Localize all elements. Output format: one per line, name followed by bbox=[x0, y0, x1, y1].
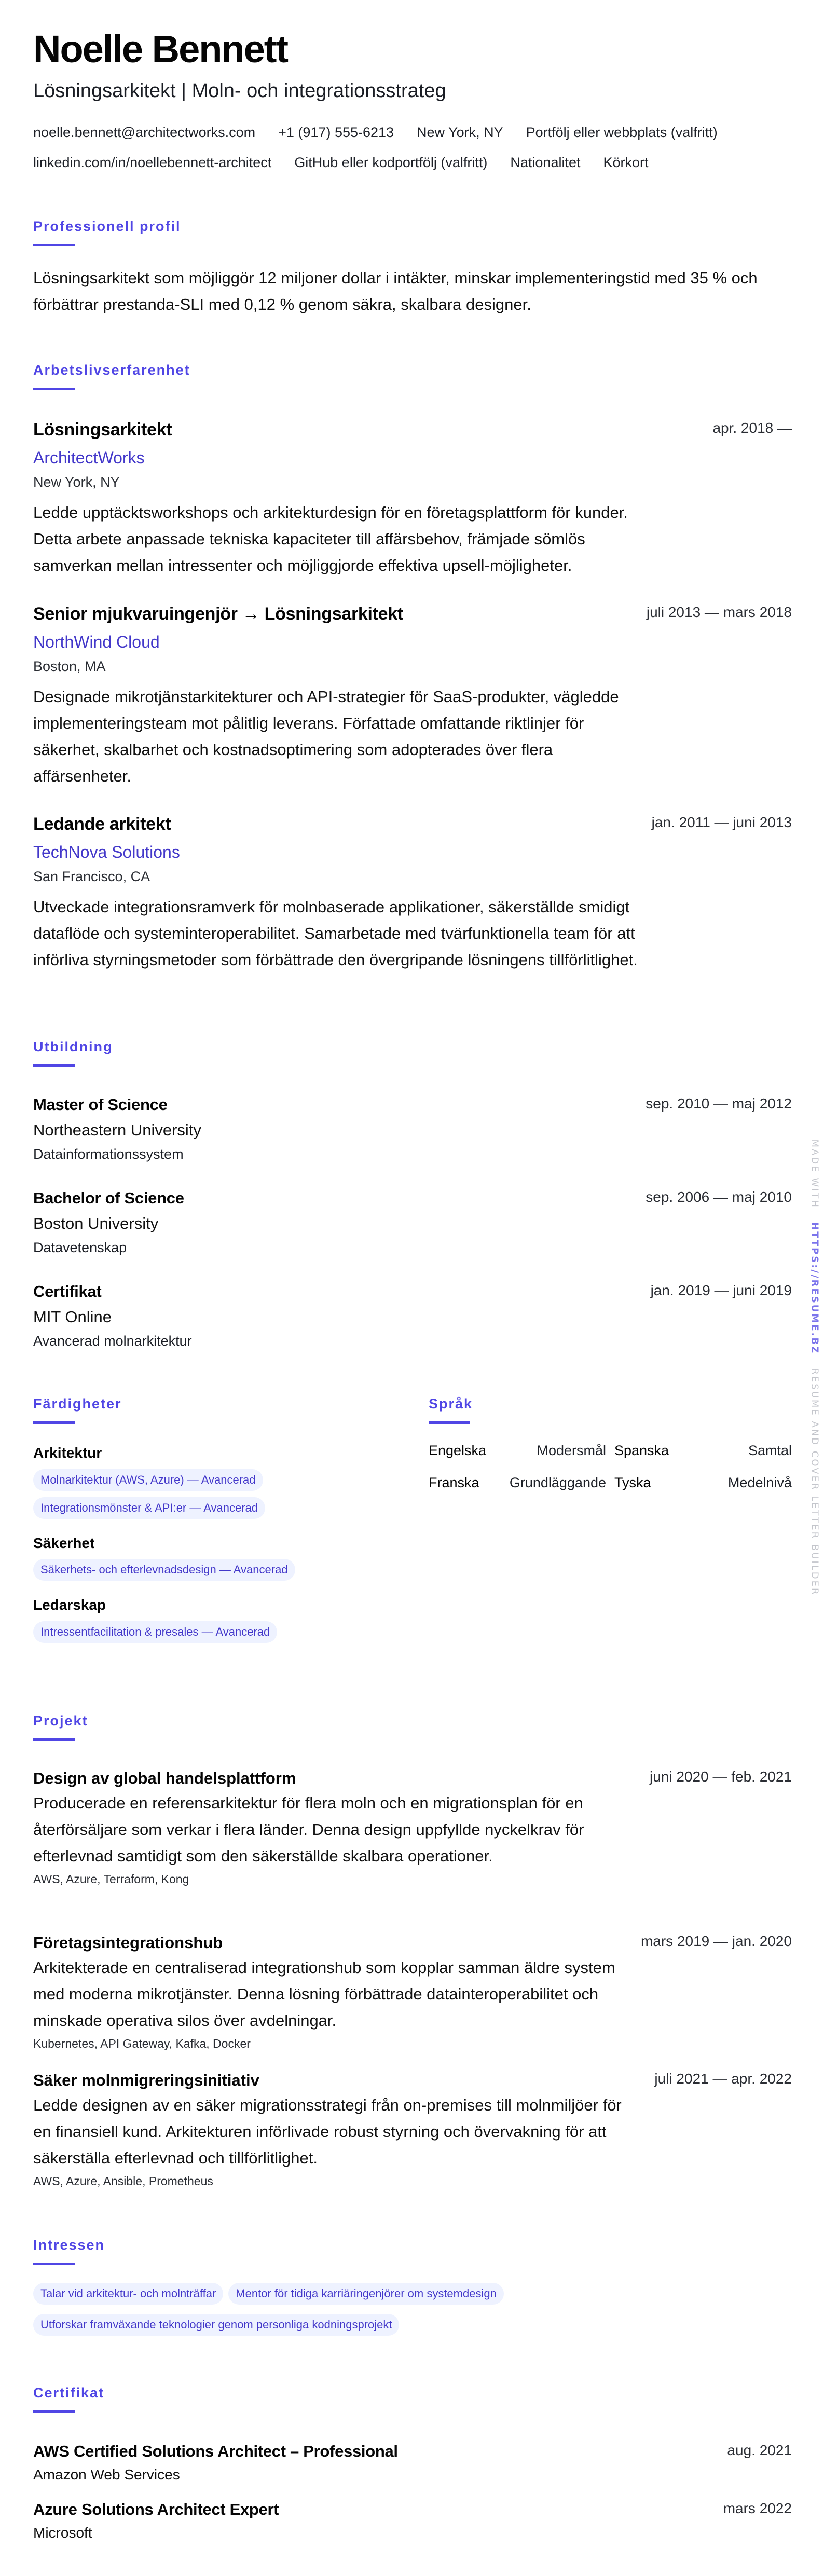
field-of-study: Datavetenskap bbox=[33, 1239, 792, 1256]
certificate-date: aug. 2021 bbox=[727, 2442, 792, 2459]
section-divider bbox=[33, 244, 75, 246]
education-date: sep. 2006 — maj 2010 bbox=[646, 1188, 792, 1206]
project-tech-stack: AWS, Azure, Ansible, Prometheus bbox=[33, 2174, 792, 2188]
education-entry: Bachelor of Science sep. 2006 — maj 2010… bbox=[33, 1188, 792, 1256]
education-date: sep. 2010 — maj 2012 bbox=[646, 1095, 792, 1113]
institution: Boston University bbox=[33, 1214, 792, 1233]
field-of-study: Avancerad molnarkitektur bbox=[33, 1333, 792, 1349]
contact-portfolio[interactable]: Portfölj eller webbplats (valfritt) bbox=[526, 125, 718, 141]
job-description: Utveckade integrationsramverk för molnba… bbox=[33, 894, 640, 973]
language-item: Engelska Modersmål bbox=[429, 1440, 606, 1461]
language-name: Spanska bbox=[614, 1440, 669, 1461]
contact-email[interactable]: noelle.bennett@architectworks.com bbox=[33, 125, 255, 141]
skills-list: Arkitektur Molnarkitektur (AWS, Azure) —… bbox=[33, 1444, 417, 1643]
skill-chip: Intressentfacilitation & presales — Avan… bbox=[33, 1621, 277, 1643]
interest-chip: Talar vid arkitektur- och molnträffar bbox=[33, 2283, 223, 2305]
skill-chip: Säkerhets- och efterlevnadsdesign — Avan… bbox=[33, 1559, 295, 1581]
section-title-projects: Projekt bbox=[33, 1714, 88, 1728]
education-entry: Certifikat jan. 2019 — juni 2019 MIT Onl… bbox=[33, 1282, 792, 1350]
contact-nationality: Nationalitet bbox=[510, 155, 580, 171]
skill-chip: Molnarkitektur (AWS, Azure) — Avancerad bbox=[33, 1469, 263, 1491]
resume-bz-link[interactable]: https://resume.bz bbox=[809, 1222, 820, 1354]
language-item: Spanska Samtal bbox=[614, 1440, 792, 1461]
contact-row: linkedin.com/in/noellebennett-architect … bbox=[33, 155, 792, 171]
education-date: jan. 2019 — juni 2019 bbox=[651, 1282, 792, 1299]
job-date: juli 2013 — mars 2018 bbox=[647, 604, 792, 621]
language-name: Engelska bbox=[429, 1440, 486, 1461]
certificate-name: Azure Solutions Architect Expert bbox=[33, 2500, 792, 2519]
job-description: Ledde upptäcktsworkshops och arkitekturd… bbox=[33, 499, 640, 579]
certificate-issuer: Amazon Web Services bbox=[33, 2466, 792, 2484]
skill-group-name: Säkerhet bbox=[33, 1534, 417, 1552]
certificate-date: mars 2022 bbox=[723, 2500, 792, 2517]
language-level: Medelnivå bbox=[728, 1472, 792, 1493]
project-entry: Företagsintegrationshub mars 2019 — jan.… bbox=[33, 1933, 792, 2051]
contact-location: New York, NY bbox=[417, 125, 503, 141]
certificate-entry: Azure Solutions Architect Expert mars 20… bbox=[33, 2500, 792, 2542]
profile-summary: Lösningsarkitekt som möjliggör 12 miljon… bbox=[33, 265, 792, 318]
language-item: Franska Grundläggande bbox=[429, 1472, 606, 1493]
job-date: apr. 2018 — bbox=[712, 419, 792, 437]
section-divider bbox=[33, 1421, 75, 1424]
interest-chip: Utforskar framväxande teknologier genom … bbox=[33, 2314, 399, 2336]
section-title-profile: Professionell profil bbox=[33, 220, 181, 234]
section-title-education: Utbildning bbox=[33, 1040, 113, 1054]
interests-list: Talar vid arkitektur- och molnträffarMen… bbox=[33, 2276, 656, 2336]
skill-group-name: Arkitektur bbox=[33, 1444, 417, 1462]
experience-entry: Senior mjukvaruingenjör → Lösningsarkite… bbox=[33, 604, 792, 789]
section-divider bbox=[33, 2263, 75, 2265]
field-of-study: Datainformationssystem bbox=[33, 1146, 792, 1162]
contact-linkedin[interactable]: linkedin.com/in/noellebennett-architect bbox=[33, 155, 271, 171]
contact-drivers-license: Körkort bbox=[603, 155, 648, 171]
section-divider bbox=[429, 1421, 470, 1424]
institution: Northeastern University bbox=[33, 1120, 792, 1140]
certificate-name: AWS Certified Solutions Architect – Prof… bbox=[33, 2442, 792, 2461]
contact-row: noelle.bennett@architectworks.com +1 (91… bbox=[33, 125, 792, 141]
section-divider bbox=[33, 388, 75, 390]
job-company: TechNova Solutions bbox=[33, 842, 792, 862]
section-title-interests: Intressen bbox=[33, 2238, 105, 2252]
language-item: Tyska Medelnivå bbox=[614, 1472, 792, 1493]
project-date: juni 2020 — feb. 2021 bbox=[650, 1769, 792, 1785]
language-level: Modersmål bbox=[537, 1440, 606, 1461]
section-title-certificates: Certifikat bbox=[33, 2386, 104, 2400]
project-description: Arkitekterade en centraliserad integrati… bbox=[33, 1954, 640, 2034]
education-entry: Master of Science sep. 2010 — maj 2012 N… bbox=[33, 1095, 792, 1163]
experience-entry: Ledande arkitekt jan. 2011 — juni 2013 T… bbox=[33, 814, 792, 973]
section-divider bbox=[33, 2410, 75, 2413]
job-company: NorthWind Cloud bbox=[33, 632, 792, 652]
language-level: Samtal bbox=[748, 1440, 792, 1461]
section-divider bbox=[33, 1064, 75, 1067]
certificate-issuer: Microsoft bbox=[33, 2524, 792, 2542]
language-level: Grundläggande bbox=[510, 1472, 606, 1493]
experience-entry: Lösningsarkitekt apr. 2018 — ArchitectWo… bbox=[33, 419, 792, 579]
section-title-experience: Arbetslivserfarenhet bbox=[33, 363, 190, 377]
candidate-name: Noelle Bennett bbox=[33, 30, 287, 68]
project-tech-stack: Kubernetes, API Gateway, Kafka, Docker bbox=[33, 2037, 792, 2051]
job-location: San Francisco, CA bbox=[33, 868, 792, 885]
skill-group-name: Ledarskap bbox=[33, 1596, 417, 1614]
made-with-banner: Made with https://resume.bz Resume and c… bbox=[807, 1155, 822, 1580]
language-name: Franska bbox=[429, 1472, 479, 1493]
contact-github[interactable]: GitHub eller kodportfölj (valfritt) bbox=[294, 155, 487, 171]
job-location: New York, NY bbox=[33, 474, 792, 490]
job-title: Lösningsarkitekt bbox=[33, 419, 792, 441]
banner-suffix: Resume and cover letter builder bbox=[809, 1368, 820, 1596]
project-entry: Design av global handelsplattform juni 2… bbox=[33, 1769, 792, 1886]
project-description: Producerade en referensarkitektur för fl… bbox=[33, 1790, 640, 1869]
project-tech-stack: AWS, Azure, Terraform, Kong bbox=[33, 1872, 792, 1886]
skill-chip: Integrationsmönster & API:er — Avancerad bbox=[33, 1497, 265, 1519]
section-divider bbox=[33, 1738, 75, 1741]
job-date: jan. 2011 — juni 2013 bbox=[652, 814, 792, 831]
contact-phone[interactable]: +1 (917) 555-6213 bbox=[278, 125, 394, 141]
languages-list: Engelska Modersmål Spanska Samtal Fransk… bbox=[429, 1440, 792, 1493]
language-name: Tyska bbox=[614, 1472, 651, 1493]
banner-prefix: Made with bbox=[809, 1139, 820, 1208]
job-location: Boston, MA bbox=[33, 658, 792, 675]
section-title-skills: Färdigheter bbox=[33, 1397, 122, 1411]
job-company: ArchitectWorks bbox=[33, 448, 792, 468]
certificate-entry: AWS Certified Solutions Architect – Prof… bbox=[33, 2442, 792, 2484]
institution: MIT Online bbox=[33, 1307, 792, 1326]
section-title-languages: Språk bbox=[429, 1397, 473, 1411]
candidate-headline: Lösningsarkitekt | Moln- och integration… bbox=[33, 80, 446, 102]
interest-chip: Mentor för tidiga karriäringenjörer om s… bbox=[228, 2283, 504, 2305]
project-date: juli 2021 — apr. 2022 bbox=[654, 2071, 792, 2087]
project-date: mars 2019 — jan. 2020 bbox=[641, 1933, 792, 1950]
project-description: Ledde designen av en säker migrationsstr… bbox=[33, 2092, 640, 2171]
project-entry: Säker molnmigreringsinitiativ juli 2021 … bbox=[33, 2071, 792, 2188]
job-description: Designade mikrotjänstarkitekturer och AP… bbox=[33, 683, 640, 789]
